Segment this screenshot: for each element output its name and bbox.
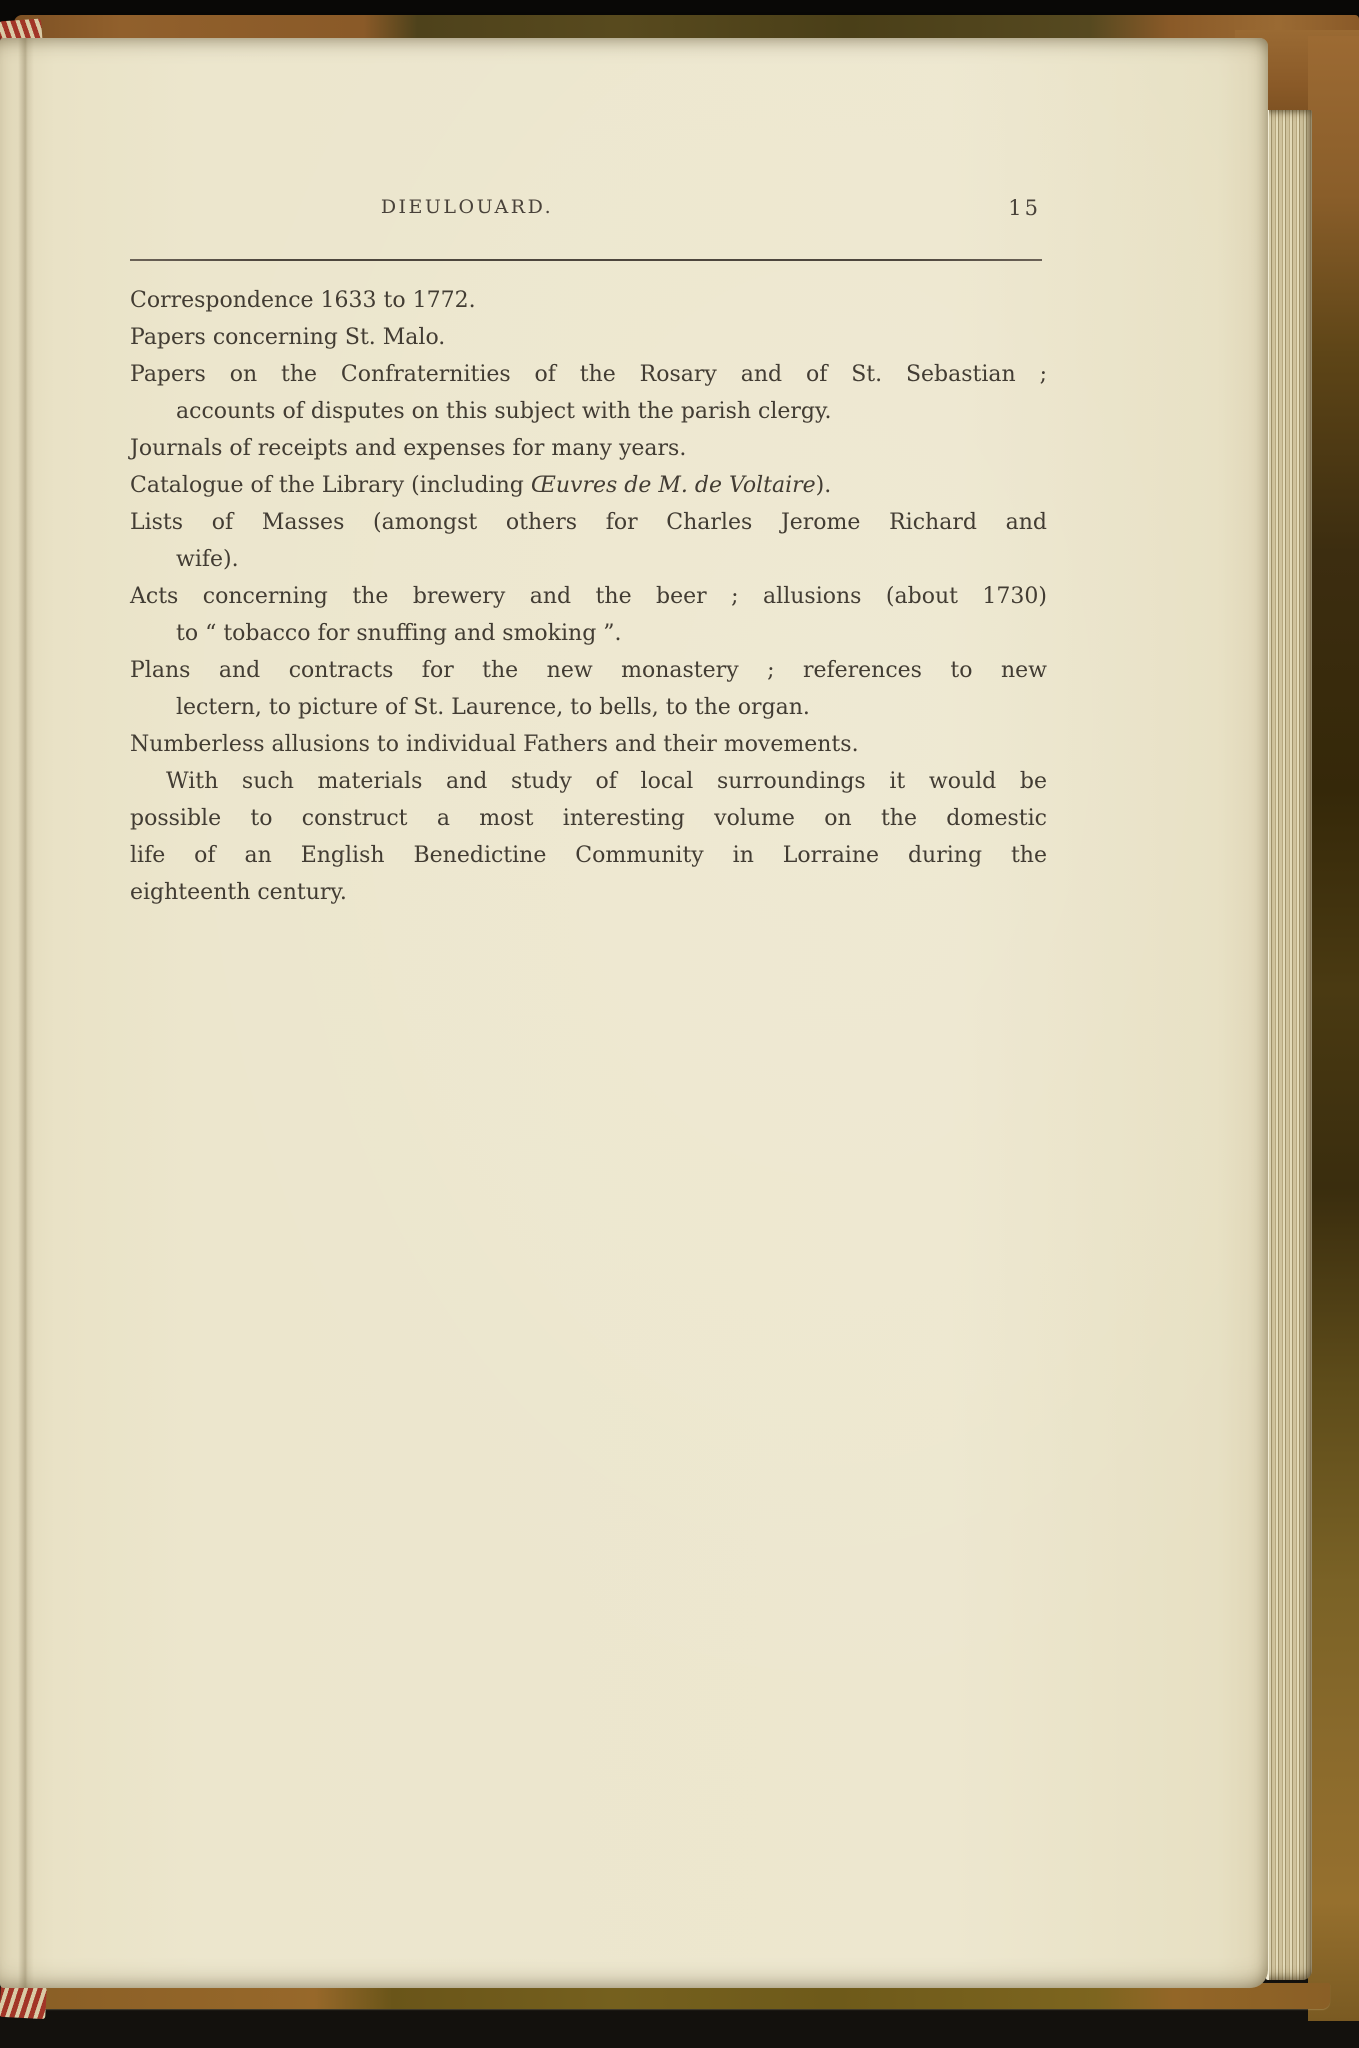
text-segment: life of an English Benedictine Community…	[130, 843, 1047, 868]
text-line: Acts concerning the brewery and the beer…	[130, 578, 1047, 615]
text-block: Correspondence 1633 to 1772.Papers conce…	[130, 282, 1047, 911]
text-segment: Lists of Masses (amongst others for Char…	[130, 510, 1047, 535]
text-line: Papers concerning St. Malo.	[130, 319, 1047, 356]
text-segment: to “ tobacco for snuffing and smoking ”.	[176, 621, 622, 646]
text-segment: Journals of receipts and expenses for ma…	[130, 436, 686, 461]
text-line: Correspondence 1633 to 1772.	[130, 282, 1047, 319]
text-segment: Catalogue of the Library (including	[130, 473, 531, 498]
gutter-shadow	[18, 38, 34, 1988]
text-line: Numberless allusions to individual Fathe…	[130, 726, 1047, 763]
text-line: life of an English Benedictine Community…	[130, 837, 1047, 874]
text-line: accounts of disputes on this subject wit…	[130, 393, 1047, 430]
text-segment: accounts of disputes on this subject wit…	[176, 399, 832, 424]
text-segment: Papers on the Confraternities of the Ros…	[130, 362, 1047, 387]
text-segment: eighteenth century.	[130, 880, 347, 905]
text-segment: wife).	[176, 547, 239, 572]
book-right-cover	[1308, 36, 1359, 2021]
text-segment: possible to construct a most interesting…	[130, 806, 1047, 831]
text-segment: With such materials and study of local s…	[166, 769, 1047, 794]
text-line: Papers on the Confraternities of the Ros…	[130, 356, 1047, 393]
text-segment: Plans and contracts for the new monaster…	[130, 658, 1047, 683]
text-segment: Papers concerning St. Malo.	[130, 325, 445, 350]
text-segment: Acts concerning the brewery and the beer…	[130, 584, 1047, 609]
header-rule	[130, 259, 1042, 261]
text-segment: Correspondence 1633 to 1772.	[130, 288, 476, 313]
text-line: With such materials and study of local s…	[130, 763, 1047, 800]
headband-bottom	[0, 1985, 47, 2019]
text-line: Journals of receipts and expenses for ma…	[130, 430, 1047, 467]
text-line: lectern, to picture of St. Laurence, to …	[130, 689, 1047, 726]
running-head: DIEULOUARD. 15	[130, 196, 1041, 226]
text-segment: lectern, to picture of St. Laurence, to …	[176, 695, 810, 720]
text-segment: Numberless allusions to individual Fathe…	[130, 732, 859, 757]
text-line: possible to construct a most interesting…	[130, 800, 1047, 837]
text-line: to “ tobacco for snuffing and smoking ”.	[130, 615, 1047, 652]
book-page: DIEULOUARD. 15 Correspondence 1633 to 17…	[0, 38, 1268, 1988]
text-line: Lists of Masses (amongst others for Char…	[130, 504, 1047, 541]
text-segment: ).	[816, 473, 832, 498]
page-number: 15	[1008, 196, 1041, 220]
book-photo: { "colors": { "photo_background": "#0d0b…	[0, 0, 1359, 2048]
text-line: wife).	[130, 541, 1047, 578]
text-line: eighteenth century.	[130, 874, 1047, 911]
running-header-title: DIEULOUARD.	[130, 196, 804, 218]
page-fore-edges	[1266, 110, 1312, 1980]
text-line: Plans and contracts for the new monaster…	[130, 652, 1047, 689]
text-line: Catalogue of the Library (including Œuvr…	[130, 467, 1047, 504]
italic-text-segment: Œuvres de M. de Voltaire	[531, 473, 816, 498]
